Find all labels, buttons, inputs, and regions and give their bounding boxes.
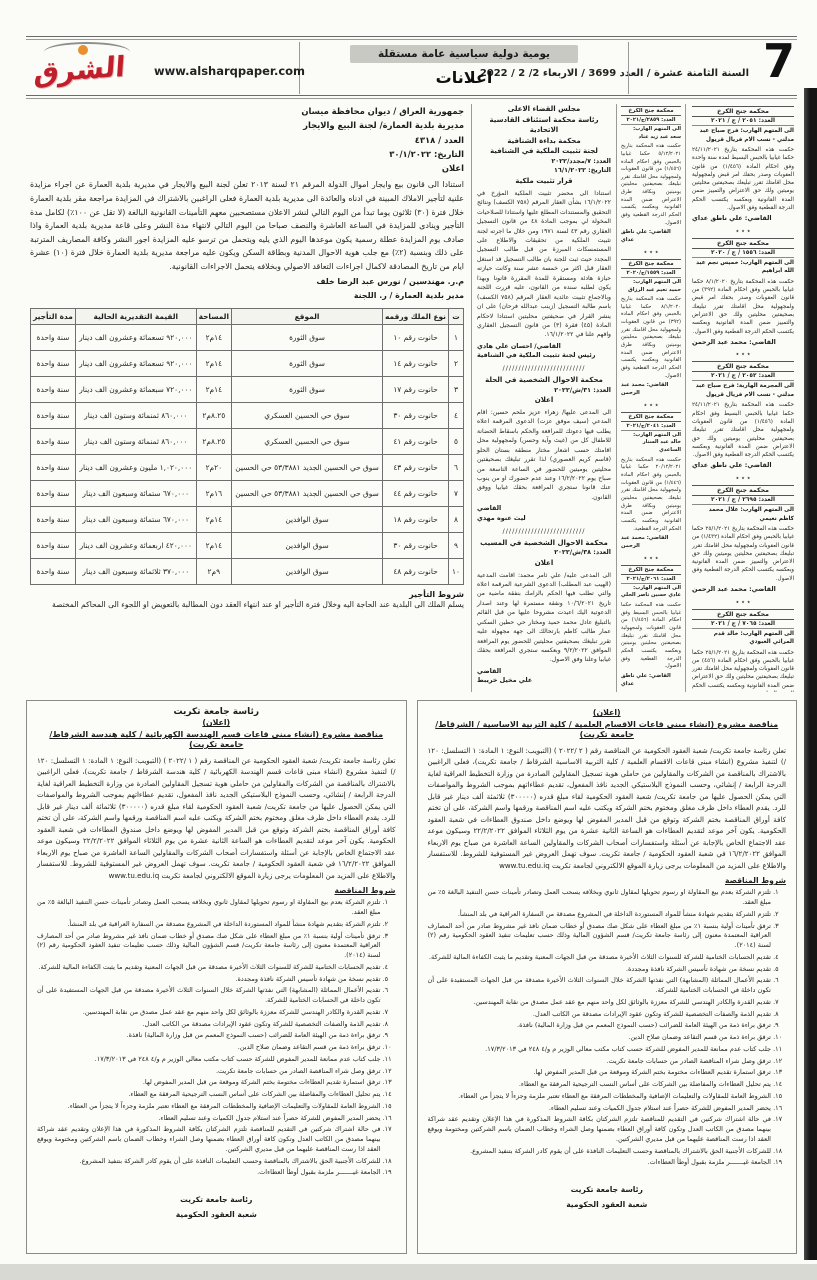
cell-property-type: حانوت رقم ٤٨: [382, 558, 448, 584]
tender-term-item: تلتزم الشركة بعدم بيع المقاولة او رسوم ت…: [37, 898, 381, 918]
tender-term-item: تقديم الذمة والصفات التخصصية للشركة وتكو…: [428, 1010, 772, 1020]
signature-name: م.ر. مهندسين / نورس عبد الرضا خلف: [30, 276, 464, 289]
cell-estimated-value: ٧٢٠,٠٠٠ سبعمائة وعشرون الف دينار: [75, 376, 196, 402]
cell-index: ٥: [449, 428, 464, 454]
cell-lease-term: سنة واحدة: [31, 350, 76, 376]
tender-term-item: ترفق استمارة تقديم العطاءات مختومة بختم …: [428, 1068, 772, 1078]
notice-segment: محكمة جنح الكرخ: [692, 485, 794, 496]
notice-segment: حكمت هذه المحكمة بتاريخ ٢٤/١١/٢٠٢١ حكما …: [692, 401, 794, 459]
cell-area: ٩م٢: [196, 558, 231, 584]
notice-segment: ٭ ٭ ٭: [621, 248, 681, 256]
notice-segment: الى المتهم الهارب: حميد نعيم عبد الرزاق: [621, 279, 681, 294]
cell-estimated-value: ٤٢٠,٠٠٠ اربعمائة وعشرون الف دينار: [75, 532, 196, 558]
notice-segment: القاضي: محمد عبد الرحمن: [692, 585, 794, 595]
tender-signature: رئاسة جامعة تكريت شعبة العقود الحكومية: [428, 1182, 787, 1212]
cell-area: ١٦م٢: [196, 480, 231, 506]
cell-location: سوق الثورة: [232, 350, 383, 376]
notice-segment: رئيس لجنة تثبيت الملكية في الشنافية: [477, 351, 611, 361]
cell-index: ٧: [449, 480, 464, 506]
tender-term-item: الجامعة غيـــــــر ملزمة بقبول أوطأ العط…: [428, 1158, 772, 1168]
cell-estimated-value: ١,٠٢٠,٠٠٠ مليون وعشرون الف دينار: [75, 454, 196, 480]
cell-estimated-value: ٨٦٠,٠٠٠ ثمنمائة وستون الف دينار: [75, 428, 196, 454]
table-header-cell: المساحة: [196, 308, 231, 324]
org-line: مديرية بلدية العمارة/ لجنة البيع والايجا…: [30, 118, 464, 132]
cell-property-type: حانوت رقم ١٠: [382, 324, 448, 350]
notice-segment: محكمة الاحوال الشخصية في المسيب: [477, 538, 611, 549]
masthead: 7 السنة الثامنة عشرة / العدد 3699 / الار…: [26, 40, 797, 95]
announcement-body: استنادا الى قانون بيع وايجار اموال الدول…: [30, 178, 464, 273]
notice-segment: الى المدعى عليها/ زهراء عزيز ملحم حسين: …: [477, 408, 611, 502]
cell-lease-term: سنة واحدة: [31, 376, 76, 402]
tender-term-item: يتم تحليل العطاءات والمفاضلة بين الشركات…: [428, 1080, 772, 1090]
tender-title: مناقصة مشروع (انشاء مبنى قاعات قسم الهند…: [37, 729, 396, 749]
issuing-authority-lines: جمهورية العراق / ديوان محافظة ميسان مدير…: [30, 104, 464, 175]
notice-segment: محكمة جنح الكرخ: [621, 259, 681, 269]
cell-lease-term: سنة واحدة: [31, 532, 76, 558]
notice-segment: العدد: ١٥٥٩/ج/٢٠٢٠: [621, 269, 681, 278]
notice-segment: القاضي: علي ناطق عداي: [621, 673, 681, 689]
upper-columns: محكمة جنح الكرخ العدد: ٢٠٥١ / ج / ٢٠٢١ ا…: [26, 104, 797, 692]
notice-segment: حكمت هذه المحكمة بتاريخ ٨/١/٢٠٢٠ حكما غي…: [692, 278, 794, 336]
notice-segment: ٭ ٭ ٭: [692, 227, 794, 235]
cell-index: ٩: [449, 532, 464, 558]
cell-area: ١٤م٢: [196, 324, 231, 350]
table-row: ٦ حانوت رقم ٤٣ سوق حي الحسين الجديد ٥٣/٣…: [31, 454, 464, 480]
tender-signature-org: رئاسة جامعة تكريت: [428, 1182, 787, 1197]
notice-segment: القاضي: محمد عبد الرحمن: [621, 535, 681, 551]
tender-ad-label: (اعلان): [428, 708, 787, 717]
tender-term-item: ترفق براءة ذمة من قسم التقاعد وضمان صلاح…: [428, 1033, 772, 1043]
tender-title: مناقصة مشروع (انشاء مبنى قاعات الاقسام ا…: [428, 719, 787, 739]
tender-terms-title: شروط المناقصة: [428, 876, 787, 885]
cell-estimated-value: ٩٢٠,٠٠٠ تسعمائة وعشرون الف دينار: [75, 324, 196, 350]
tender-ad-label: (اعلان): [37, 718, 396, 727]
newspaper-page: 7 السنة الثامنة عشرة / العدد 3699 / الار…: [0, 0, 817, 1280]
tender-signature-org: رئاسة جامعة تكريت: [37, 1192, 396, 1207]
lease-terms-title: شروط التأجير: [30, 590, 464, 599]
org-line: التاريخ: ٣٠/١/٢٠٢٢: [30, 147, 464, 161]
cell-property-type: حانوت رقم ٤٤: [382, 480, 448, 506]
tender-term-item: ترفق وصل شراء المناقصة الصادر من حسابات …: [428, 1057, 772, 1067]
cell-property-type: حانوت رقم ١٨: [382, 506, 448, 532]
notice-segment: ٭ ٭ ٭: [621, 401, 681, 409]
notice-segment: الى المتهم الهارب: خميس نجم عبد الله ابر…: [692, 259, 794, 276]
tender-term-item: تقديم الحسابات الختامية للشركة للسنوات ا…: [37, 963, 381, 973]
table-row: ١ حانوت رقم ١٠ سوق الثورة ١٤م٢ ٩٢٠,٠٠٠ ت…: [31, 324, 464, 350]
notice-segment: العدد: ٢٦٩٥ / ج / ٢٠٢١: [692, 496, 794, 505]
tender-term-item: ترفق براءة ذمة من الهيئة العامة للضرائب …: [37, 1031, 381, 1041]
tender-term-item: تقديم القدرة والكادر الهندسي للشركة معزز…: [37, 1008, 381, 1018]
notice-segment: محكمة جنح الكرخ: [621, 106, 681, 116]
scan-edge-bar: [804, 88, 817, 1260]
notice-segment: العدد: ٢٠٤١/ج/٢٠٢١: [621, 422, 681, 431]
tender-terms-title: شروط المناقصة: [37, 886, 396, 895]
masthead-center: يومية دولية سياسية عامة مستقلة اعلانات: [299, 42, 629, 94]
notice-segment: ٭ ٭ ٭: [692, 350, 794, 358]
tender-term-item: تقديم الأعمال المماثلة (المشابهة) التي ن…: [428, 976, 772, 996]
tender-box-electrical-engineering: رئاسة جامعة تكريت (اعلان) مناقصة مشروع (…: [26, 700, 407, 1254]
header-rule-bottom: [26, 95, 797, 96]
tender-term-item: الجامعة غيـــــــر ملزمة بقبول أوطأ العط…: [37, 1168, 381, 1178]
tender-term-item: ترفق تأمينات أولية بنسبة ١٪ من مبلغ العط…: [37, 932, 381, 961]
table-header-cell: ت: [449, 308, 464, 324]
notice-segment: العدد: ٢٠٥٢ / ج / ٢٠٢١: [692, 372, 794, 381]
cell-property-type: حانوت رقم ١٧: [382, 376, 448, 402]
notice-segment: استنادا الى محضر تثبيت الملكية المؤرخ في…: [477, 189, 611, 340]
notice-segment: حكمت هذه المحكمة بتاريخ ٨/١/٢٠٢٠ حكما غي…: [621, 296, 681, 380]
notice-segment: العدد: ٧٠٦٥ / ج / ٢٠٢١: [692, 620, 794, 629]
court-notices-column-right: محكمة جنح الكرخ العدد: ٢٠٥١ / ج / ٢٠٢١ ا…: [685, 104, 797, 692]
tender-term-item: تقديم الحسابات الختامية للشركة للسنوات ا…: [428, 953, 772, 963]
cell-area: ٨.٢٥م٢: [196, 402, 231, 428]
table-header-cell: مدة التأجير: [31, 308, 76, 324]
tender-term-item: للشركات الأجنبية الحق بالاشتراك بالمناقص…: [37, 1157, 381, 1167]
tender-term-item: تقديم الذمة والصفات التخصصية للشركة وتكو…: [37, 1020, 381, 1030]
logo-wordmark: الشرق: [33, 50, 126, 90]
tender-term-item: تقديم نسخة من شهادة تأسيس الشركة نافذة و…: [37, 975, 381, 985]
maysan-auction-announcement: جمهورية العراق / ديوان محافظة ميسان مدير…: [26, 104, 471, 692]
cell-lease-term: سنة واحدة: [31, 402, 76, 428]
notice-segment: اعلان: [477, 558, 611, 569]
table-row: ١٠ حانوت رقم ٤٨ سوق الوافدين ٩م٢ ٣٧٠,٠٠٠…: [31, 558, 464, 584]
tender-term-item: ترفق براءة ذمة من الهيئة العامة للضرائب …: [428, 1021, 772, 1031]
tender-section: (اعلان) مناقصة مشروع (انشاء مبنى قاعات ا…: [26, 700, 797, 1254]
tender-term-item: تقديم الأعمال المماثلة (المشابهة) التي ن…: [37, 986, 381, 1006]
tender-term-item: يحضر المدير المفوض للشركة حصراً عند استل…: [428, 1104, 772, 1114]
cell-location: سوق حي الحسين العسكري: [232, 402, 383, 428]
tender-org-title: رئاسة جامعة تكريت: [37, 707, 396, 717]
notice-segment: العدد: ٣٨/ش/٢٠٢٢: [477, 548, 611, 558]
tender-term-item: تقديم القدرة والكادر الهندسي للشركة معزز…: [428, 998, 772, 1008]
notice-segment: الى المدعى عليه/ علي ثامر محمد: اقامت ال…: [477, 571, 611, 665]
cell-property-type: حانوت رقم ١٤: [382, 350, 448, 376]
tender-term-item: في حالة اشتراك شركتين في التقديم للمناقص…: [37, 1125, 381, 1154]
notice-segment: قرار تثبيت ملكية: [477, 176, 611, 187]
tender-term-item: في حالة اشتراك شركتين في التقديم للمناقص…: [428, 1115, 772, 1144]
tender-intro: تعلن رئاسة جامعة تكريت/ شعبة العقود الحك…: [37, 755, 396, 881]
notice-segment: محكمة بداءة الشنافية: [477, 136, 611, 147]
tender-term-item: تقديم نسخة من شهادة تأسيس الشركة نافذة و…: [428, 965, 772, 975]
notice-segment: ٭ ٭ ٭: [692, 598, 794, 606]
notice-segment: العدد: ١٥٥٦ / ج / ٢٠٢٠: [692, 249, 794, 258]
notice-segment: اعلان: [477, 395, 611, 406]
lease-terms-body: يسلم الملك الى البلدية عند الحاجة اليه و…: [30, 599, 464, 611]
notice-segment: التاريخ: ١٦/١/٢٠٢٢: [477, 166, 611, 176]
notice-segment: حكمت هذه المحكمة بتاريخ ٢٥/١/٢٠٢١ حكما غ…: [692, 525, 794, 583]
tender-box-science-halls: (اعلان) مناقصة مشروع (انشاء مبنى قاعات ا…: [417, 700, 798, 1254]
notice-segment: الى المجرمة الهاربة: فرح صباح عبد مدلني …: [692, 382, 794, 399]
table-row: ٧ حانوت رقم ٤٤ سوق حي الحسين الجديد ٥٣/٣…: [31, 480, 464, 506]
cell-index: ١٠: [449, 558, 464, 584]
cell-lease-term: سنة واحدة: [31, 324, 76, 350]
cell-index: ٦: [449, 454, 464, 480]
notice-segment: القاضي: [477, 504, 611, 514]
cell-lease-term: سنة واحدة: [31, 506, 76, 532]
cell-index: ٣: [449, 376, 464, 402]
cell-index: ٢: [449, 350, 464, 376]
cell-estimated-value: ٦٧٠,٠٠٠ ستمائة وسبعون الف دينار: [75, 506, 196, 532]
cell-property-type: حانوت رقم ٣٠: [382, 532, 448, 558]
cell-estimated-value: ٩٢٠,٠٠٠ تسعمائة وعشرون الف دينار: [75, 350, 196, 376]
cell-index: ١: [449, 324, 464, 350]
table-row: ٩ حانوت رقم ٣٠ سوق الوافدين ١٤م٢ ٤٢٠,٠٠٠…: [31, 532, 464, 558]
notice-segment: مجلس القضاء الاعلى: [477, 104, 611, 115]
notice-segment: ليث عنوه مهدي: [477, 514, 611, 524]
paper-slogan: يومية دولية سياسية عامة مستقلة: [350, 45, 578, 63]
tender-term-item: يحضر المدير المفوض للشركة حصراً عند استل…: [37, 1114, 381, 1124]
org-line: اعلان: [30, 161, 464, 175]
notice-segment: العدد: ٢٠٦١/ج/٢٠٢١: [621, 575, 681, 584]
notice-segment: القاضي: علي ناطق عداي: [692, 461, 794, 471]
cell-lease-term: سنة واحدة: [31, 454, 76, 480]
tender-term-item: للشركات الأجنبية الحق بالاشتراك بالمناقص…: [428, 1147, 772, 1157]
cell-location: سوق الوافدين: [232, 558, 383, 584]
cell-area: ١٤م٢: [196, 376, 231, 402]
cell-property-type: حانوت رقم ٣٠: [382, 402, 448, 428]
table-header-cell: الموقع: [232, 308, 383, 324]
cell-area: ٨.٢٥م٢: [196, 428, 231, 454]
cell-area: ١٤م٢: [196, 532, 231, 558]
cell-location: سوق الوافدين: [232, 506, 383, 532]
notice-segment: القاضي: علي ناطق عداي: [621, 229, 681, 245]
notice-segment: محكمة جنح الكرخ: [621, 412, 681, 422]
notice-segment: حكمت هذه المحكمة بتاريخ ٢٠/١٢/٢٠٢١ حكما …: [621, 457, 681, 533]
notice-segment: العدد: ٢٨٥٩/ج/٢٠٢١: [621, 116, 681, 125]
cell-area: ١٤م٢: [196, 350, 231, 376]
notice-segment: رئاسة محكمة استئناف القادسية الاتحادية: [477, 115, 611, 136]
notice-segment: الى المتهم الهارب: خالد قدم المرائي العب…: [692, 630, 794, 647]
tender-term-item: جلب كتاب عدم ممانعة للمدير المفوض للشركة…: [428, 1045, 772, 1055]
table-row: ٤ حانوت رقم ٣٠ سوق حي الحسين العسكري ٨.٢…: [31, 402, 464, 428]
tender-term-item: تلتزم الشركة بتقديم شهادة منشأ للمواد ال…: [428, 910, 772, 920]
notice-segment: ٭ ٭ ٭: [692, 474, 794, 482]
tender-signature-dept: شعبة العقود الحكومية: [37, 1207, 396, 1222]
cell-lease-term: سنة واحدة: [31, 480, 76, 506]
tender-term-item: ترفق براءة ذمة من قسم التقاعد وضمان صلاح…: [37, 1043, 381, 1053]
notice-segment: القاضي: علي ناطق عداي: [692, 214, 794, 224]
notice-segment: محكمة الاحوال الشخصية في الحلة: [477, 375, 611, 386]
tender-signature-dept: شعبة العقود الحكومية: [428, 1197, 787, 1212]
cell-lease-term: سنة واحدة: [31, 558, 76, 584]
tender-signature: رئاسة جامعة تكريت شعبة العقود الحكومية: [37, 1192, 396, 1222]
cell-area: ٢٠م٢: [196, 454, 231, 480]
notice-segment: حكمت هذه المحكمة بتاريخ ٥/١٢/٢٠٢١ حكما غ…: [621, 143, 681, 227]
cell-property-type: حانوت رقم ٤٣: [382, 454, 448, 480]
table-row: ٨ حانوت رقم ١٨ سوق الوافدين ١٤م٢ ٦٧٠,٠٠٠…: [31, 506, 464, 532]
notice-segment: الى المتهم الهارب: علال محمد كاظم نعيمي: [692, 506, 794, 523]
notice-segment: محكمة جنح الكرخ: [692, 106, 794, 117]
notice-segment: حكمت هذه المحكمة بتاريخ ٢٥/١/٢٠٢١ حكما غ…: [692, 649, 794, 692]
org-line: جمهورية العراق / ديوان محافظة ميسان: [30, 104, 464, 118]
header-rule-bottom-2: [26, 98, 797, 99]
cell-index: ٨: [449, 506, 464, 532]
cell-index: ٤: [449, 402, 464, 428]
tender-term-item: ترفق استمارة تقديم العطاءات مختومة بختم …: [37, 1078, 381, 1088]
notice-segment: محكمة جنح الكرخ: [692, 238, 794, 249]
notice-segment: القاضي/ احسان علي هادي: [477, 342, 611, 352]
notice-segment: الى المتهم الهارب: فرج صباح عبد مدلني - …: [692, 127, 794, 144]
notice-segment: //////////////////////////: [477, 364, 611, 372]
table-header-cell: القيمة التقديرية الحالية: [75, 308, 196, 324]
notice-segment: العدد: ٣١/ش/٢٠٢٢: [477, 386, 611, 396]
auction-properties-table: ت نوع الملك ورقمه الموقع المساحة القيمة …: [30, 308, 464, 585]
table-header-row: ت نوع الملك ورقمه الموقع المساحة القيمة …: [31, 308, 464, 324]
notice-segment: العدد: ٧/مجدد/٢٠٢٢: [477, 157, 611, 167]
tender-term-item: جلب كتاب عدم ممانعة للمدير المفوض للشركة…: [37, 1055, 381, 1065]
section-title: اعلانات: [300, 68, 628, 87]
tender-intro: تعلن رئاسة جامعة تكريت/ شعبة العقود الحك…: [428, 745, 787, 871]
tender-terms-list: تلتزم الشركة بعدم بيع المقاولة او رسوم ت…: [37, 898, 396, 1178]
notice-segment: حكمت هذه المحكمة حكما غيابيا بالحبس البس…: [621, 602, 681, 671]
cell-location: سوق الوافدين: [232, 532, 383, 558]
cell-location: سوق حي الحسين الجديد ٥٣/٣٨٨١ حي الحسين: [232, 454, 383, 480]
notice-segment: علي مخيل خريبط: [477, 676, 611, 686]
notice-segment: الى المتهم الهارب: عادي حسين ناصر الحلي: [621, 585, 681, 600]
notice-segment: الى المتهم الهارب: سعد عبد زيد عناد: [621, 126, 681, 141]
notice-segment: ٭ ٭ ٭: [621, 554, 681, 562]
scan-bottom-strip: [0, 1264, 817, 1280]
tender-term-item: الشروط العامة للمقاولات والتعليمات الإضا…: [428, 1092, 772, 1102]
table-row: ٥ حانوت رقم ٤١ سوق حي الحسين العسكري ٨.٢…: [31, 428, 464, 454]
tender-terms-list: تلتزم الشركة بعدم بيع المقاولة او رسوم ت…: [428, 888, 787, 1168]
table-header-cell: نوع الملك ورقمه: [382, 308, 448, 324]
table-row: ٢ حانوت رقم ١٤ سوق الثورة ١٤م٢ ٩٢٠,٠٠٠ ت…: [31, 350, 464, 376]
tender-term-item: ترفق تأمينات أولية بنسبة ١٪ من مبلغ العط…: [428, 922, 772, 951]
page-number: 7: [763, 34, 795, 88]
signature-title: مدير بلدية العمارة / ر. اللجنة: [30, 290, 464, 303]
cell-location: سوق الثورة: [232, 376, 383, 402]
tender-term-item: تلتزم الشركة بتقديم شهادة منشأ للمواد ال…: [37, 920, 381, 930]
notice-segment: القاضي: [477, 667, 611, 677]
cell-area: ١٤م٢: [196, 506, 231, 532]
notice-segment: محكمة جنح الكرخ: [692, 609, 794, 620]
tender-term-item: تلتزم الشركة بعدم بيع المقاولة او رسوم ت…: [428, 888, 772, 908]
notice-segment: //////////////////////////: [477, 527, 611, 535]
cell-property-type: حانوت رقم ٤١: [382, 428, 448, 454]
notice-segment: القاضي: محمد عبد الرحمن: [621, 382, 681, 398]
notice-segment: الى المتهم الهارب: خالد عبد الستار الساع…: [621, 432, 681, 455]
header-rule-top: [26, 36, 797, 37]
tender-term-item: يتم تحليل العطاءات والمفاضلة بين الشركات…: [37, 1090, 381, 1100]
cell-location: سوق حي الحسين العسكري: [232, 428, 383, 454]
cell-location: سوق الثورة: [232, 324, 383, 350]
notice-segment: محكمة جنح الكرخ: [692, 361, 794, 372]
tender-term-item: ترفق وصل شراء المناقصة الصادر من حسابات …: [37, 1067, 381, 1077]
cell-location: سوق حي الحسين الجديد ٥٣/٣٨٨١ حي الحسين: [232, 480, 383, 506]
notice-segment: محكمة جنح الكرخ: [621, 565, 681, 575]
cell-estimated-value: ٨٦٠,٠٠٠ ثمنمائة وستون الف دينار: [75, 402, 196, 428]
cell-estimated-value: ٣٧٠,٠٠٠ ثلاثمائة وسبعون الف دينار: [75, 558, 196, 584]
notice-segment: العدد: ٢٠٥١ / ج / ٢٠٢١: [692, 117, 794, 126]
cell-lease-term: سنة واحدة: [31, 428, 76, 454]
table-row: ٣ حانوت رقم ١٧ سوق الثورة ١٤م٢ ٧٢٠,٠٠٠ س…: [31, 376, 464, 402]
judicial-announcements-column: مجلس القضاء الاعلى رئاسة محكمة استئناف ا…: [471, 104, 616, 692]
notice-segment: القاضي: محمد عبد الرحمن: [692, 338, 794, 348]
org-line: العدد / ٤٣١٨: [30, 133, 464, 147]
notice-segment: لجنة تثبيت الملكية في الشنافية: [477, 146, 611, 157]
notice-segment: حكمت هذه المحكمة بتاريخ ٢٤/١١/٢٠٢١ حكما …: [692, 146, 794, 212]
website-url: www.alsharqpaper.com: [154, 64, 305, 78]
cell-estimated-value: ٦٧٠,٠٠٠ ستمائة وسبعون الف دينار: [75, 480, 196, 506]
tender-term-item: الشروط العامة للمقاولات والتعليمات الإضا…: [37, 1102, 381, 1112]
newspaper-logo: الشرق: [34, 44, 152, 94]
court-notices-column-middle: محكمة جنح الكرخ العدد: ٢٨٥٩/ج/٢٠٢١ الى ا…: [616, 104, 685, 692]
